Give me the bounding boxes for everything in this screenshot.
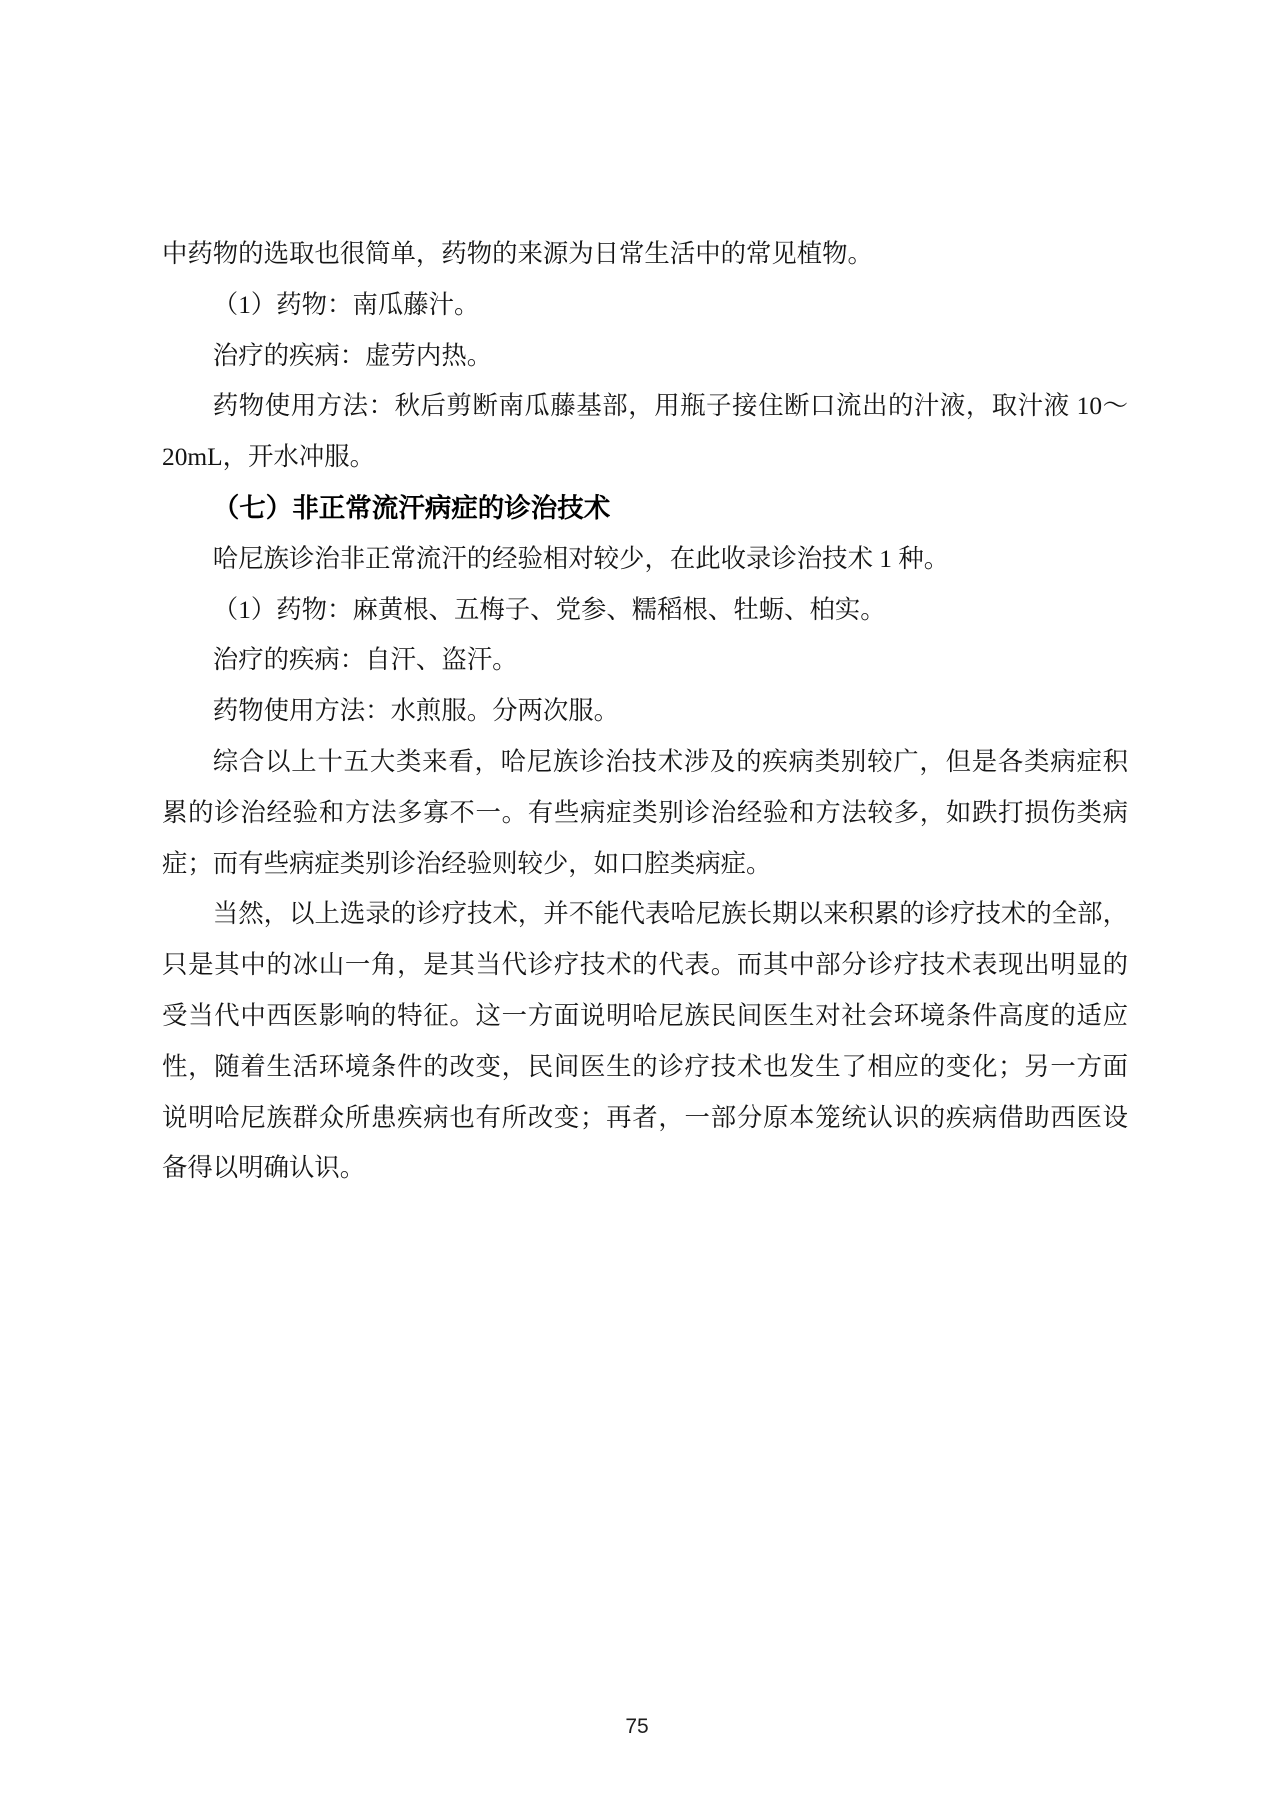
document-page: 中药物的选取也很简单，药物的来源为日常生活中的常见植物。 （1）药物：南瓜藤汁。… xyxy=(0,0,1274,1801)
paragraph-line: 说明哈尼族群众所患疾病也有所改变；再者，一部分原本笼统认识的疾病借助西医设 xyxy=(162,1093,1128,1144)
paragraph-line: 哈尼族诊治非正常流汗的经验相对较少，在此收录诊治技术 1 种。 xyxy=(162,534,1128,585)
page-content: 中药物的选取也很简单，药物的来源为日常生活中的常见植物。 （1）药物：南瓜藤汁。… xyxy=(162,229,1128,1194)
paragraph-line: 当然，以上选录的诊疗技术，并不能代表哈尼族长期以来积累的诊疗技术的全部， xyxy=(162,889,1128,940)
paragraph-line: 药物使用方法：秋后剪断南瓜藤基部，用瓶子接住断口流出的汁液，取汁液 10～ xyxy=(162,381,1128,432)
paragraph-line: （1）药物：南瓜藤汁。 xyxy=(162,280,1128,331)
paragraph-line: （1）药物：麻黄根、五梅子、党参、糯稻根、牡蛎、柏实。 xyxy=(162,585,1128,636)
paragraph-line: 中药物的选取也很简单，药物的来源为日常生活中的常见植物。 xyxy=(162,229,1128,280)
page-number: 75 xyxy=(0,1714,1274,1740)
paragraph-line: 症；而有些病症类别诊治经验则较少，如口腔类病症。 xyxy=(162,839,1128,890)
paragraph-line: 药物使用方法：水煎服。分两次服。 xyxy=(162,686,1128,737)
paragraph-line: 治疗的疾病：自汗、盗汗。 xyxy=(162,635,1128,686)
paragraph-line: 备得以明确认识。 xyxy=(162,1143,1128,1194)
paragraph-line: 20mL，开水冲服。 xyxy=(162,432,1128,483)
paragraph-line: 治疗的疾病：虚劳内热。 xyxy=(162,331,1128,382)
section-heading: （七）非正常流汗病症的诊治技术 xyxy=(162,483,1128,534)
paragraph-line: 只是其中的冰山一角，是其当代诊疗技术的代表。而其中部分诊疗技术表现出明显的 xyxy=(162,940,1128,991)
paragraph-line: 性，随着生活环境条件的改变，民间医生的诊疗技术也发生了相应的变化；另一方面 xyxy=(162,1042,1128,1093)
paragraph-line: 综合以上十五大类来看，哈尼族诊治技术涉及的疾病类别较广，但是各类病症积 xyxy=(162,737,1128,788)
paragraph-line: 受当代中西医影响的特征。这一方面说明哈尼族民间医生对社会环境条件高度的适应 xyxy=(162,991,1128,1042)
paragraph-line: 累的诊治经验和方法多寡不一。有些病症类别诊治经验和方法较多，如跌打损伤类病 xyxy=(162,788,1128,839)
